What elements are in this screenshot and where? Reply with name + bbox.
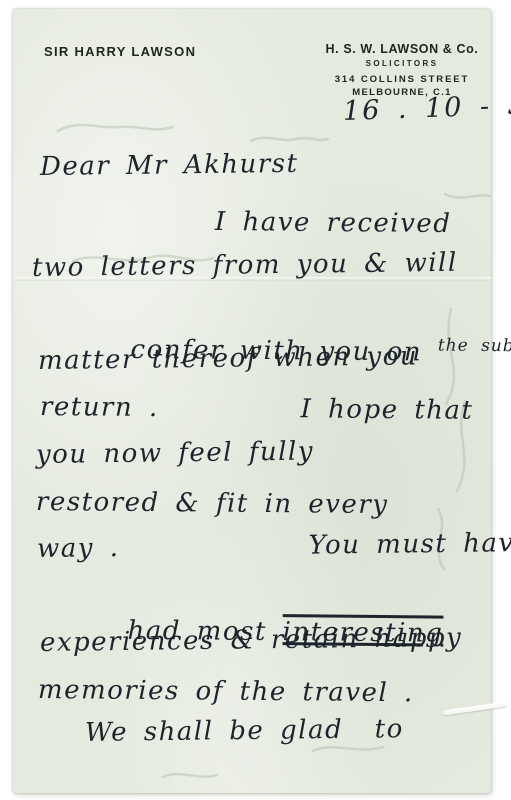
line-4-raised-words: the subject — [438, 336, 511, 357]
letterhead-personal-name: SIR HARRY LAWSON — [44, 44, 196, 59]
handwriting-line-8: restored & fit in every — [36, 485, 389, 522]
firm-subtitle: SOLICITORS — [322, 59, 482, 68]
handwriting-line-9: way . You must have — [37, 526, 511, 566]
handwriting-line-7: you now feel fully — [36, 435, 314, 472]
handwriting-line-13: We shall be glad to — [85, 712, 404, 750]
handwriting-line-5: matter thereof when you — [38, 339, 418, 378]
handwriting-line-11: experiences & retain happy — [40, 621, 463, 660]
scanned-letter-screenshot: SIR HARRY LAWSON H. S. W. LAWSON & Co. S… — [0, 0, 511, 800]
firm-name: H. S. W. LAWSON & Co. — [322, 42, 482, 56]
handwriting-line-12: memories of the travel . — [38, 673, 414, 710]
paper-scratch-mark — [443, 702, 507, 716]
letterhead-firm-block: H. S. W. LAWSON & Co. SOLICITORS 314 COL… — [322, 42, 482, 98]
letter-paper: SIR HARRY LAWSON H. S. W. LAWSON & Co. S… — [13, 9, 491, 793]
firm-address-line1: 314 COLLINS STREET — [322, 74, 482, 85]
handwriting-line-6: return . I hope that — [40, 390, 474, 428]
handwriting-line-3: two letters from you & will — [32, 246, 458, 285]
salutation-line: Dear Mr Akhurst — [40, 147, 299, 184]
handwriting-line-2: I have received — [215, 205, 452, 241]
